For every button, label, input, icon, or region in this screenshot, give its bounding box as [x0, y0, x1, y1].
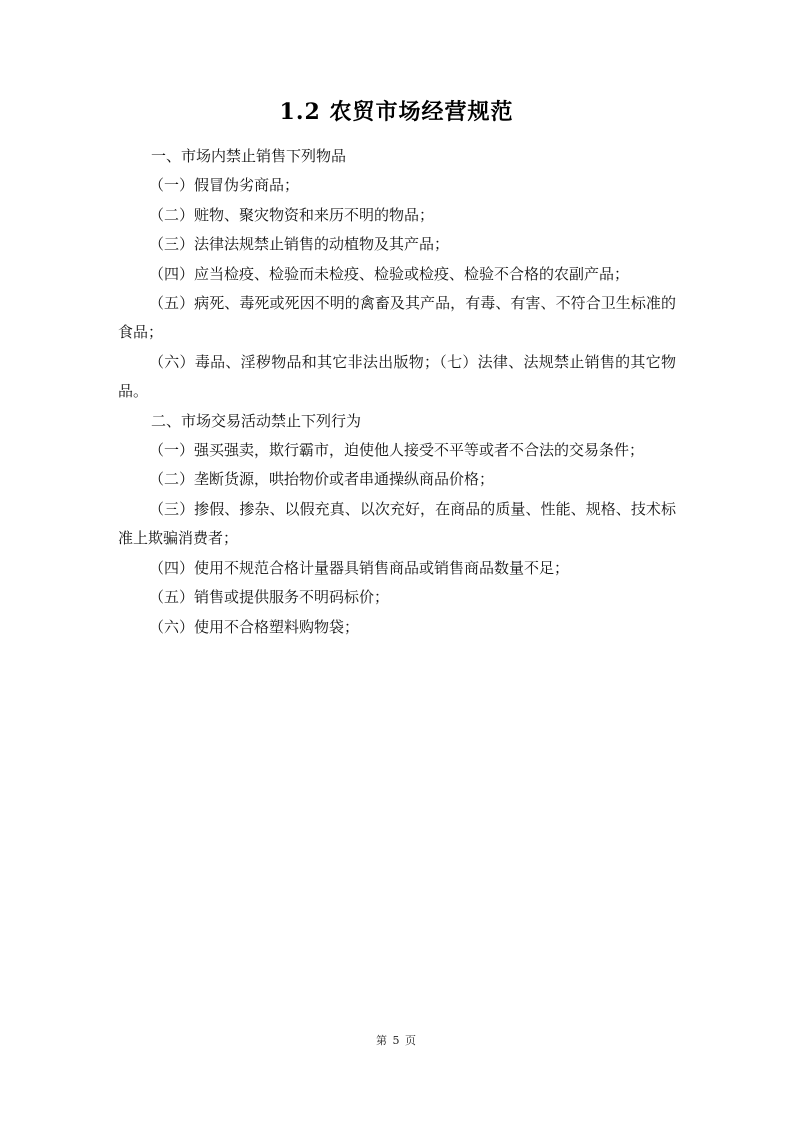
list-item: （三）法律法规禁止销售的动植物及其产品；	[118, 230, 676, 259]
list-item: （二）垄断货源，哄抬物价或者串通操纵商品价格；	[118, 465, 676, 494]
section-heading: 一、市场内禁止销售下列物品	[118, 142, 676, 171]
list-item: （四）应当检疫、检验而未检疫、检验或检疫、检验不合格的农副产品；	[118, 260, 676, 289]
section-heading: 二、市场交易活动禁止下列行为	[118, 407, 676, 436]
list-item: （六）使用不合格塑料购物袋；	[118, 613, 676, 642]
list-item: （三）掺假、掺杂、以假充真、以次充好，在商品的质量、性能、规格、技术标准上欺骗消…	[118, 495, 676, 554]
list-item: （一）强买强卖，欺行霸市，迫使他人接受不平等或者不合法的交易条件；	[118, 436, 676, 465]
page-number: 第 5 页	[0, 1032, 793, 1048]
document-body: 一、市场内禁止销售下列物品 （一）假冒伪劣商品； （二）赃物、聚灾物资和来历不明…	[118, 142, 676, 642]
page-title: 1.2 农贸市场经营规范	[0, 96, 793, 128]
document-page: 1.2 农贸市场经营规范 一、市场内禁止销售下列物品 （一）假冒伪劣商品； （二…	[0, 0, 793, 1122]
list-item: （五）销售或提供服务不明码标价；	[118, 583, 676, 612]
list-item: （二）赃物、聚灾物资和来历不明的物品；	[118, 201, 676, 230]
list-item: （五）病死、毒死或死因不明的禽畜及其产品，有毒、有害、不符合卫生标准的食品；	[118, 289, 676, 348]
list-item: （六）毒品、淫秽物品和其它非法出版物；（七）法律、法规禁止销售的其它物品。	[118, 348, 676, 407]
list-item: （四）使用不规范合格计量器具销售商品或销售商品数量不足；	[118, 554, 676, 583]
list-item: （一）假冒伪劣商品；	[118, 171, 676, 200]
